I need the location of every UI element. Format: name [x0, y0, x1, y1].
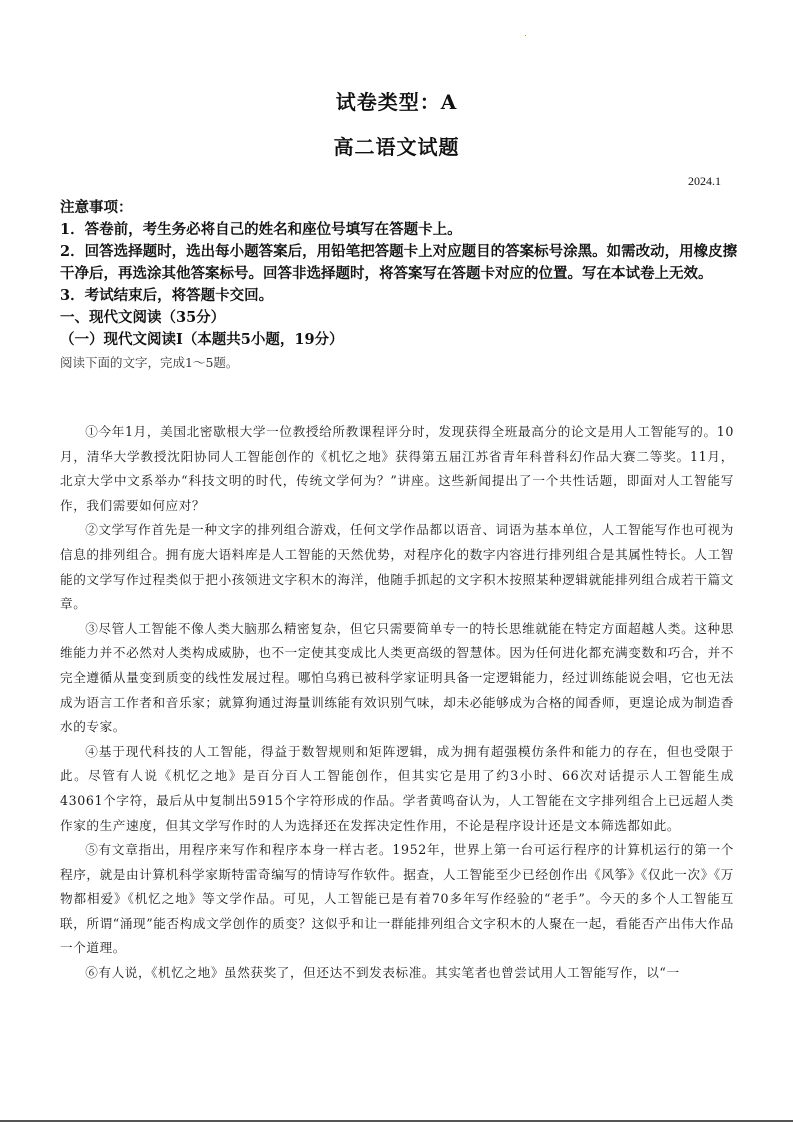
- passage-paragraph-2: ②文学写作首先是一种文字的排列组合游戏，任何文学作品都以语音、词语为基本单位，人…: [60, 518, 734, 616]
- note-item-2: 2．回答选择题时，选出每小题答案后，用铅笔把答题卡上对应题目的答案标号涂黑。如需…: [60, 241, 740, 285]
- section-heading-part-one: 一、现代文阅读（35分）: [60, 307, 740, 329]
- passage-paragraph-1: ①今年1月，美国北密歇根大学一位教授给所教课程评分时，发现获得全班最高分的论文是…: [60, 420, 734, 518]
- exam-notes: 注意事项： 1．答卷前，考生务必将自己的姓名和座位号填写在答题卡上。 2．回答选…: [60, 197, 740, 375]
- notes-heading: 注意事项：: [60, 197, 740, 219]
- exam-date: 2024.1: [688, 174, 721, 189]
- reading-instruction: 阅读下面的文字，完成1～5题。: [60, 351, 740, 375]
- exam-type-label: 试卷类型：A: [0, 86, 793, 115]
- exam-page: 试卷类型：A 高二语文试题 2024.1 注意事项： 1．答卷前，考生务必将自己…: [0, 0, 793, 1122]
- passage-paragraph-6: ⑥有人说，《机忆之地》虽然获奖了，但还达不到发表标准。其实笔者也曾尝试用人工智能…: [60, 961, 734, 986]
- passage-paragraph-3: ③尽管人工智能不像人类大脑那么精密复杂，但它只需要简单专一的特长思维就能在特定方…: [60, 617, 734, 740]
- note-item-3: 3．考试结束后，将答题卡交回。: [60, 285, 740, 307]
- page-title: 高二语文试题: [0, 131, 793, 160]
- section-heading-sub-one: （一）现代文阅读Ⅰ（本题共5小题，19分）: [60, 329, 740, 351]
- reading-passage: ①今年1月，美国北密歇根大学一位教授给所教课程评分时，发现获得全班最高分的论文是…: [60, 420, 734, 986]
- note-item-1: 1．答卷前，考生务必将自己的姓名和座位号填写在答题卡上。: [60, 219, 740, 241]
- passage-paragraph-5: ⑤有文章指出，用程序来写作和程序本身一样古老。1952年，世界上第一台可运行程序…: [60, 838, 734, 961]
- scan-artifact: [525, 35, 526, 36]
- passage-paragraph-4: ④基于现代科技的人工智能，得益于数智规则和矩阵逻辑，成为拥有超强模仿条件和能力的…: [60, 740, 734, 838]
